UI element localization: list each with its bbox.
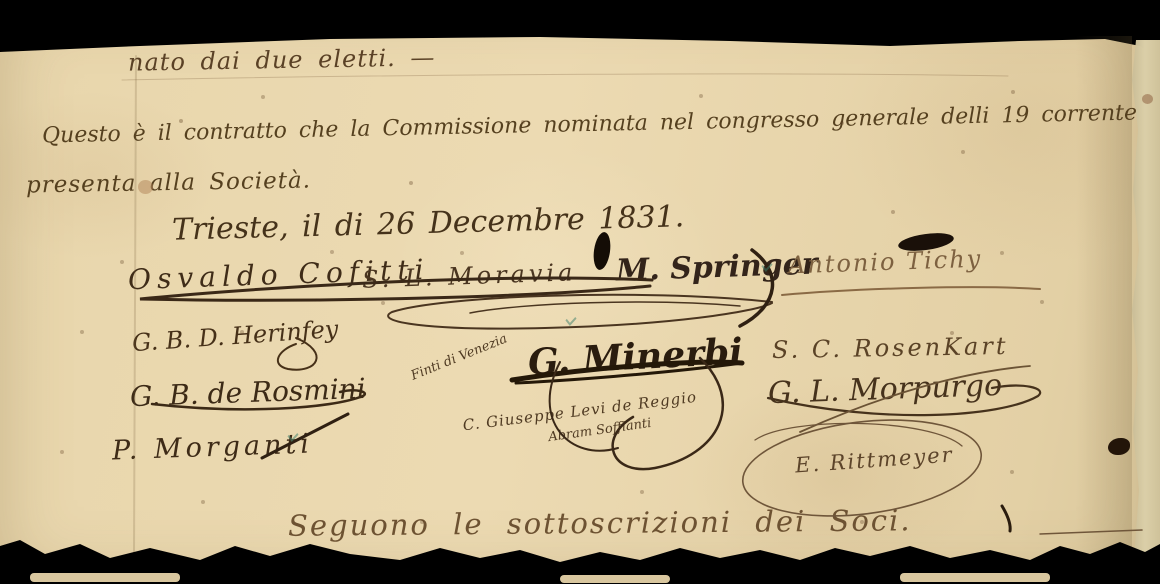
underlying-page-sliver-left [30,573,180,582]
underlying-page-sliver-mid [560,575,670,583]
paper-stain-left [138,180,153,194]
scanned-manuscript-page: nato dai due eletti. — Questo è il contr… [0,0,1160,584]
signature-rosenkart: S. C. RosenKart [772,332,1009,364]
fragment-line: nato dai due eletti. — [128,43,436,76]
underlying-page-sliver-right [900,573,1050,582]
paper-stain-right-edge [1142,94,1153,104]
body-line-2: presenta alla Società. [26,168,311,199]
closing-line: Seguono le sottoscrizioni dei Soci. [288,503,912,542]
paper-speckles [0,0,2,2]
